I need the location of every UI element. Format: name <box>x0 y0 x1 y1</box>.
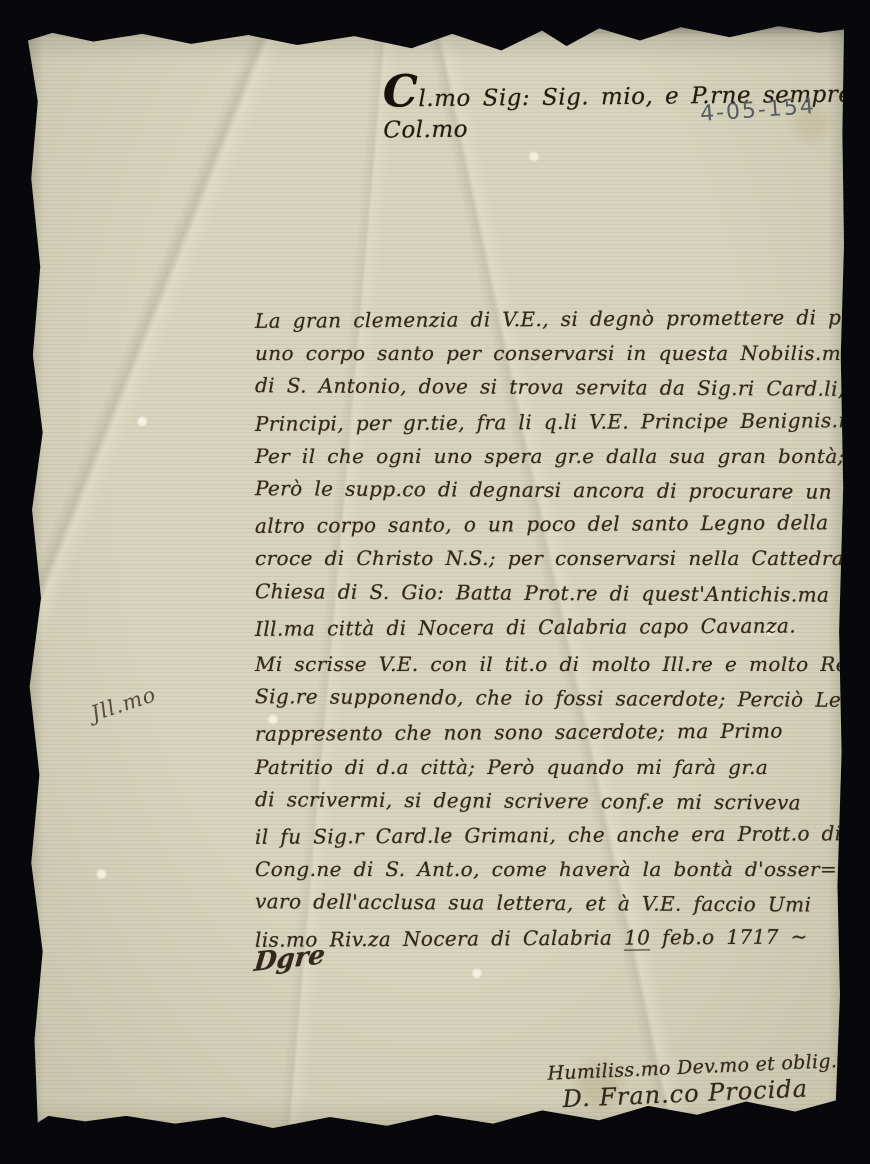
signature-block: Humiliss.mo Dev.mo et oblig.mo Servid.re… <box>547 1049 859 1113</box>
manuscript-line: il fu Sig.r Card.le Grimani, che anche e… <box>255 816 851 854</box>
manuscript-date-line: lis.mo Riv.za Nocera di Calabria 10 feb.… <box>255 919 851 957</box>
manuscript-line: Cong.ne di S. Ant.o, come haverà la bont… <box>255 852 851 886</box>
photo-background: Cl.mo Sig: Sig. mio, e P.rne sempre Col.… <box>0 0 870 1164</box>
manuscript-line: varo dell'acclusa sua lettera, et à V.E.… <box>255 885 851 923</box>
manuscript-line: uno corpo santo per conservarsi in quest… <box>255 336 851 370</box>
manuscript-line: di S. Antonio, dove si trova servita da … <box>255 369 851 407</box>
manuscript-line: Ill.ma città di Nocera di Calabria capo … <box>255 608 851 646</box>
closing-flourish: Dgre <box>253 940 327 978</box>
date-day-underlined: 10 <box>624 925 650 950</box>
manuscript-line: croce di Christo N.S.; per conservarsi n… <box>255 541 851 575</box>
manuscript-line: Principi, per gr.tie, fra li q.li V.E. P… <box>255 403 851 441</box>
manuscript-line: altro corpo santo, o un poco del santo L… <box>255 505 851 543</box>
manuscript-page: Cl.mo Sig: Sig. mio, e P.rne sempre Col.… <box>28 24 844 1128</box>
manuscript-line: rappresento che non sono sacerdote; ma P… <box>255 714 851 752</box>
manuscript-line: Mi scrisse V.E. con il tit.o di molto Il… <box>255 647 851 681</box>
date-line-rest: feb.o 1717 ~ <box>650 924 808 949</box>
manuscript-line: di scrivermi, si degni scrivere conf.e m… <box>255 782 851 820</box>
manuscript-line: Sig.re supponendo, che io fossi sacerdot… <box>255 679 851 717</box>
manuscript-line: Chiesa di S. Gio: Batta Prot.re di quest… <box>255 574 851 612</box>
letter-body: La gran clemenzia di V.E., si degnò prom… <box>255 302 851 955</box>
manuscript-line: La gran clemenzia di V.E., si degnò prom… <box>255 300 851 338</box>
manuscript-line: Però le supp.co di degnarsi ancora di pr… <box>255 471 851 509</box>
margin-annotation: Jll.mo <box>88 682 159 726</box>
manuscript-line: Patritio di d.a città; Però quando mi fa… <box>255 750 851 784</box>
manuscript-line: Per il che ogni uno spera gr.e dalla sua… <box>255 439 851 473</box>
